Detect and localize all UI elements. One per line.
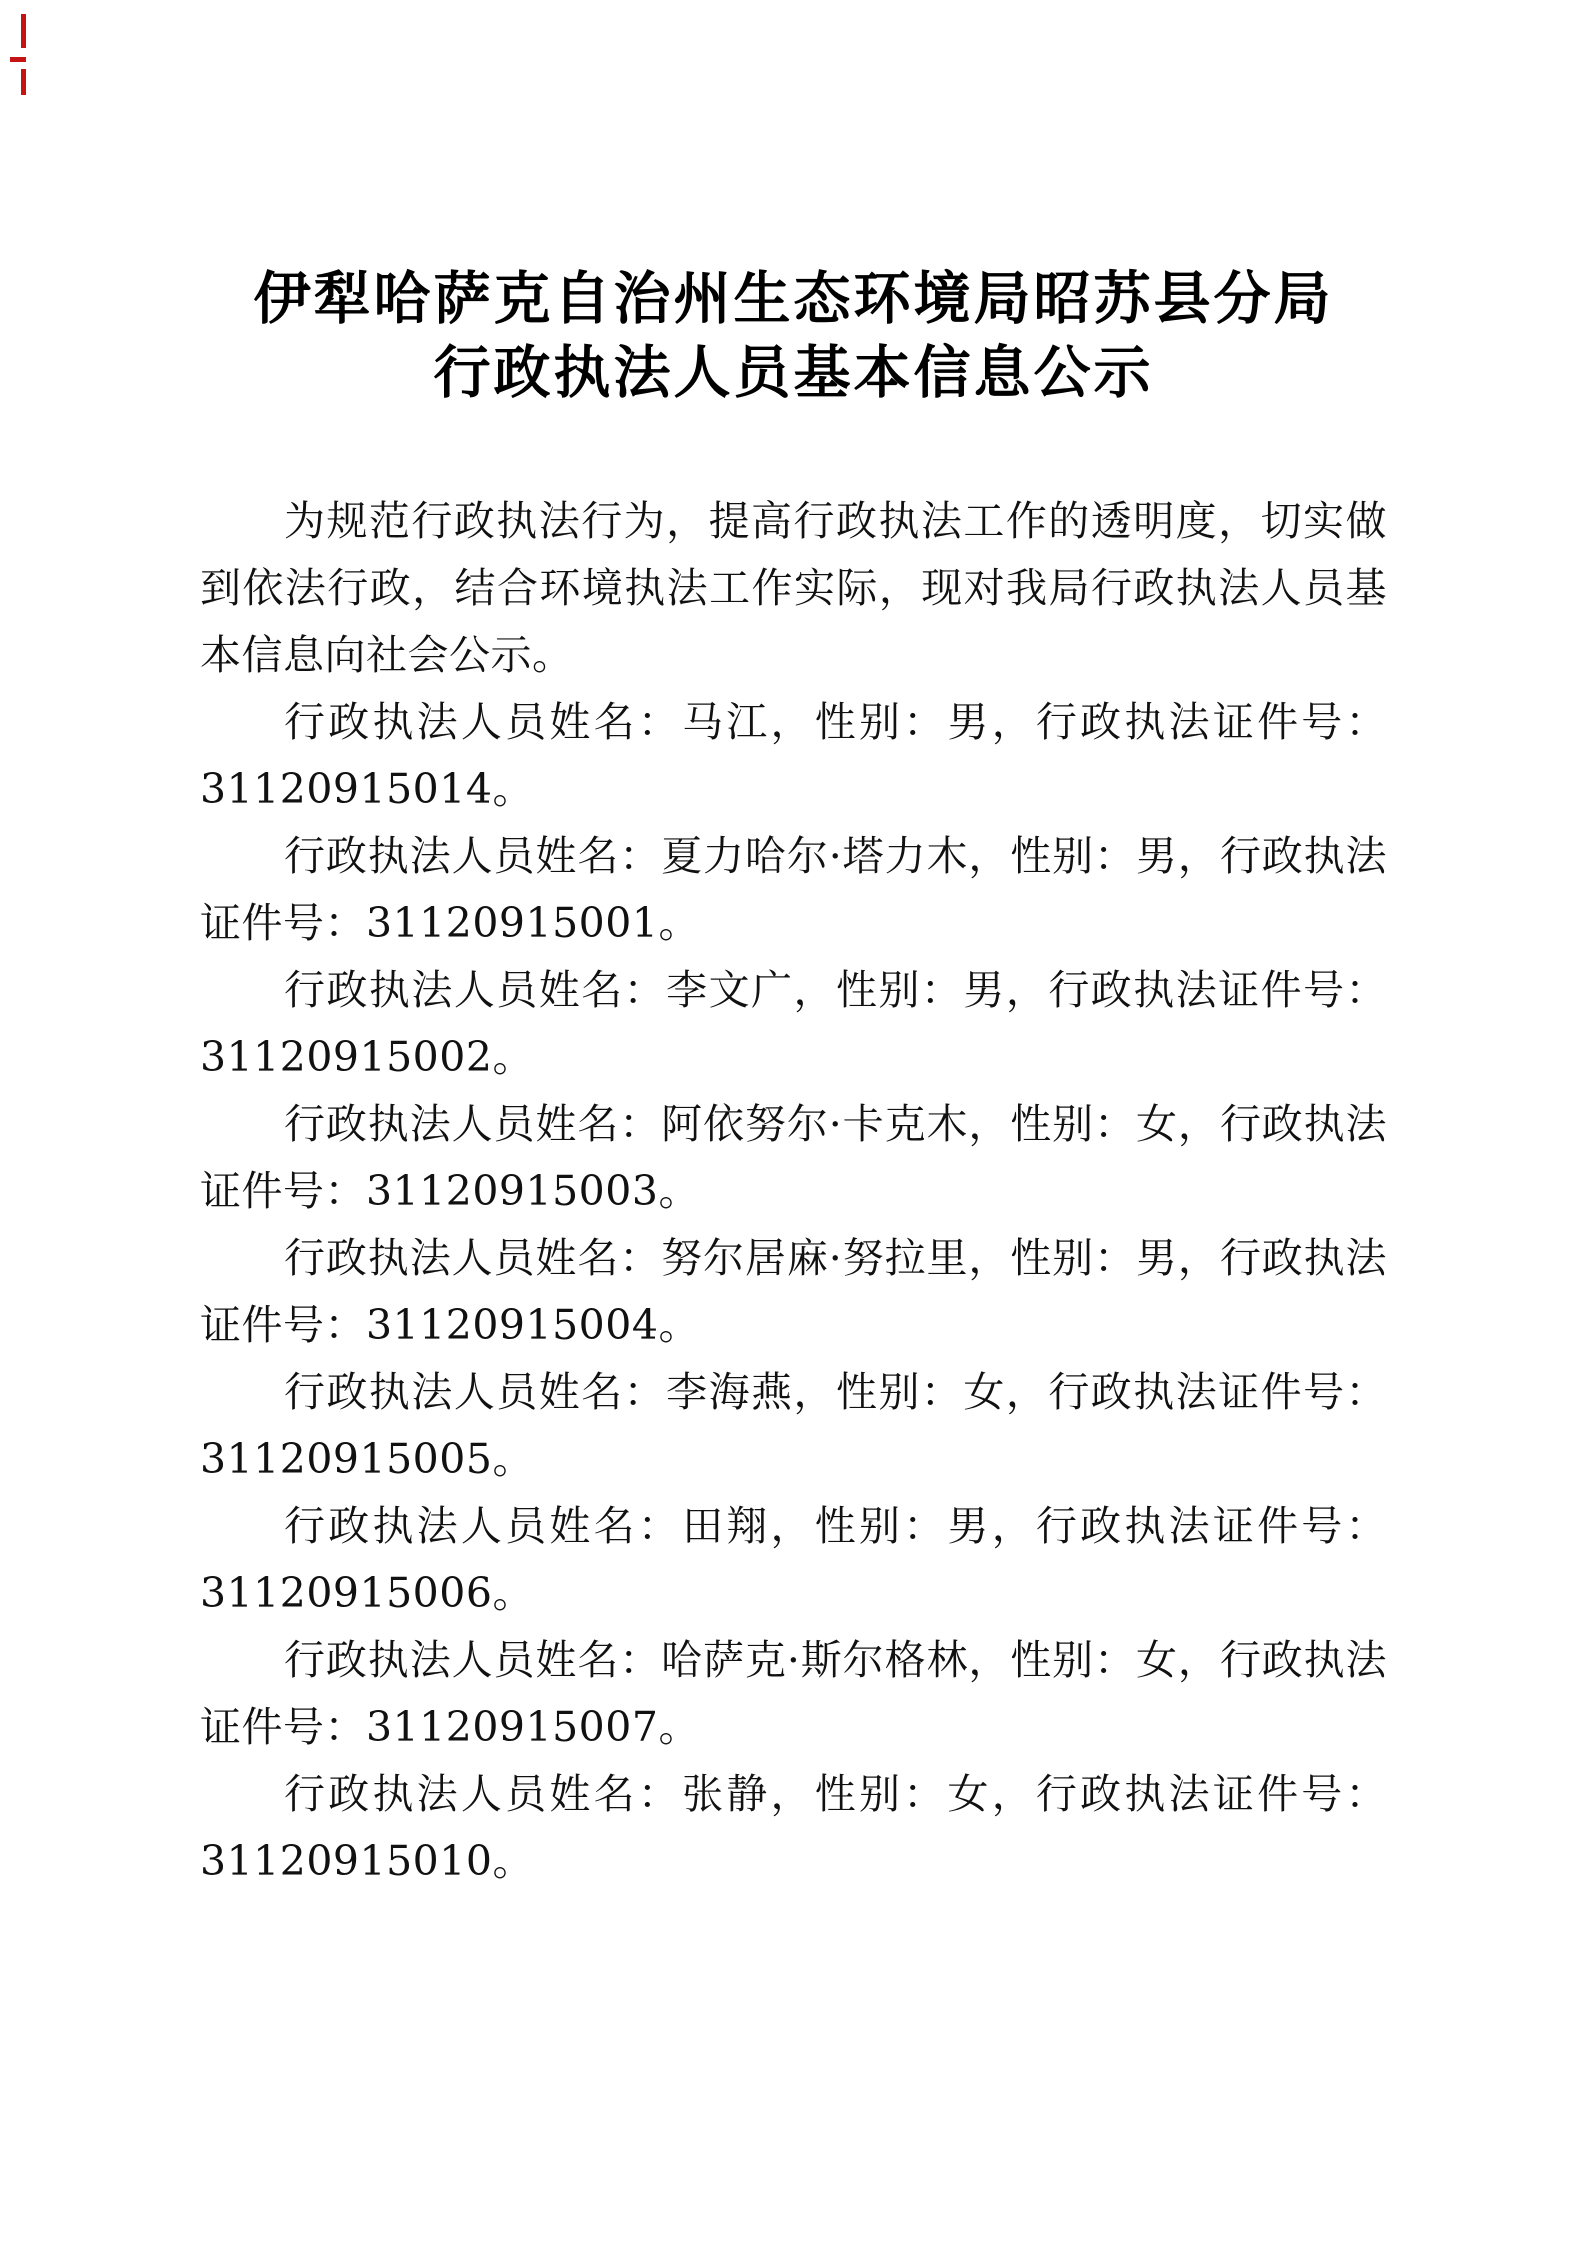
separator: ， (968, 1234, 1010, 1282)
officer-id: 31120915003 (366, 1167, 658, 1215)
officer-name-label: 行政执法人员姓名： (284, 1636, 661, 1684)
officer-gender-label: 性别： (815, 1770, 948, 1818)
officer-name-label: 行政执法人员姓名： (284, 966, 666, 1014)
intro-paragraph: 为规范行政执法行为，提高行政执法工作的透明度，切实做到依法行政，结合环境执法工作… (200, 488, 1387, 689)
notice-document: 伊犁哈萨克自治州生态环境局昭苏县分局 行政执法人员基本信息公示 为规范行政执法行… (0, 0, 1587, 1895)
officer-entry: 行政执法人员姓名：张静，性别：女，行政执法证件号：31120915010。 (200, 1761, 1387, 1895)
terminator: 。 (658, 1167, 700, 1215)
title-line-1: 伊犁哈萨克自治州生态环境局昭苏县分局 (200, 262, 1387, 336)
terminator: 。 (658, 1301, 700, 1349)
separator: ， (1178, 1100, 1220, 1148)
officer-gender-label: 性别： (1010, 1636, 1136, 1684)
officer-name: 努尔居麻·努拉里 (661, 1234, 968, 1282)
officer-name-label: 行政执法人员姓名： (284, 1234, 661, 1282)
officer-name: 张静 (682, 1770, 770, 1818)
terminator: 。 (492, 1837, 534, 1885)
officer-gender-label: 性别： (836, 966, 963, 1014)
officer-gender: 男 (1136, 1234, 1178, 1282)
separator: ， (968, 832, 1010, 880)
officer-entry: 行政执法人员姓名：努尔居麻·努拉里，性别：男，行政执法证件号：311209150… (200, 1225, 1387, 1359)
officer-list: 行政执法人员姓名：马江，性别：男，行政执法证件号：31120915014。行政执… (200, 689, 1387, 1895)
document-body: 为规范行政执法行为，提高行政执法工作的透明度，切实做到依法行政，结合环境执法工作… (200, 488, 1387, 1895)
officer-id-label: 行政执法证件号： (1048, 966, 1387, 1014)
officer-gender-label: 性别： (1010, 1234, 1136, 1282)
officer-id: 31120915004 (366, 1301, 658, 1349)
separator: ， (1178, 1234, 1220, 1282)
terminator: 。 (492, 765, 534, 813)
separator: ， (968, 1100, 1010, 1148)
officer-entry: 行政执法人员姓名：夏力哈尔·塔力木，性别：男，行政执法证件号：311209150… (200, 823, 1387, 957)
officer-gender: 男 (947, 1502, 991, 1550)
red-margin-marks-icon (6, 14, 34, 95)
separator: ， (992, 698, 1036, 746)
separator: ， (992, 1770, 1036, 1818)
separator: ， (794, 1368, 836, 1416)
officer-id: 31120915006 (200, 1569, 492, 1617)
officer-entry: 行政执法人员姓名：马江，性别：男，行政执法证件号：31120915014。 (200, 689, 1387, 823)
terminator: 。 (492, 1033, 534, 1081)
officer-entry: 行政执法人员姓名：哈萨克·斯尔格林，性别：女，行政执法证件号：311209150… (200, 1627, 1387, 1761)
separator: ， (1006, 966, 1048, 1014)
document-page: 伊犁哈萨克自治州生态环境局昭苏县分局 行政执法人员基本信息公示 为规范行政执法行… (0, 0, 1587, 2245)
officer-gender: 女 (1136, 1636, 1178, 1684)
officer-name-label: 行政执法人员姓名： (284, 1368, 666, 1416)
terminator: 。 (492, 1569, 534, 1617)
officer-name: 夏力哈尔·塔力木 (661, 832, 968, 880)
officer-gender: 男 (963, 966, 1005, 1014)
separator: ， (1178, 832, 1220, 880)
officer-entry: 行政执法人员姓名：阿依努尔·卡克木，性别：女，行政执法证件号：311209150… (200, 1091, 1387, 1225)
officer-name: 李文广 (666, 966, 793, 1014)
officer-name: 马江 (682, 698, 770, 746)
document-title: 伊犁哈萨克自治州生态环境局昭苏县分局 行政执法人员基本信息公示 (200, 262, 1387, 410)
officer-entry: 行政执法人员姓名：李文广，性别：男，行政执法证件号：31120915002。 (200, 957, 1387, 1091)
officer-id: 31120915010 (200, 1837, 492, 1885)
separator: ， (1178, 1636, 1220, 1684)
separator: ， (992, 1502, 1036, 1550)
officer-id-label: 行政执法证件号： (1036, 1770, 1387, 1818)
officer-id: 31120915007 (366, 1703, 658, 1751)
officer-name-label: 行政执法人员姓名： (284, 1770, 682, 1818)
separator: ， (771, 1770, 815, 1818)
officer-id-label: 行政执法证件号： (1048, 1368, 1387, 1416)
officer-gender-label: 性别： (815, 698, 948, 746)
officer-gender-label: 性别： (836, 1368, 963, 1416)
officer-gender-label: 性别： (1010, 1100, 1136, 1148)
terminator: 。 (492, 1435, 534, 1483)
officer-id: 31120915001 (366, 899, 658, 947)
separator: ， (771, 1502, 815, 1550)
officer-gender-label: 性别： (1010, 832, 1136, 880)
officer-gender: 女 (947, 1770, 991, 1818)
officer-gender: 女 (963, 1368, 1005, 1416)
officer-id-label: 行政执法证件号： (1036, 1502, 1387, 1550)
officer-name: 哈萨克·斯尔格林 (661, 1636, 968, 1684)
officer-gender: 男 (947, 698, 991, 746)
officer-name: 田翔 (682, 1502, 770, 1550)
separator: ， (968, 1636, 1010, 1684)
officer-name-label: 行政执法人员姓名： (284, 1502, 682, 1550)
officer-entry: 行政执法人员姓名：李海燕，性别：女，行政执法证件号：31120915005。 (200, 1359, 1387, 1493)
officer-name-label: 行政执法人员姓名： (284, 1100, 661, 1148)
officer-entry: 行政执法人员姓名：田翔，性别：男，行政执法证件号：31120915006。 (200, 1493, 1387, 1627)
separator: ， (771, 698, 815, 746)
officer-gender: 男 (1136, 832, 1178, 880)
officer-gender-label: 性别： (815, 1502, 948, 1550)
officer-name: 李海燕 (666, 1368, 793, 1416)
title-line-2: 行政执法人员基本信息公示 (200, 336, 1387, 410)
officer-id: 31120915014 (200, 765, 492, 813)
terminator: 。 (658, 1703, 700, 1751)
officer-name-label: 行政执法人员姓名： (284, 832, 661, 880)
officer-id: 31120915002 (200, 1033, 492, 1081)
officer-name-label: 行政执法人员姓名： (284, 698, 682, 746)
separator: ， (794, 966, 836, 1014)
officer-gender: 女 (1136, 1100, 1178, 1148)
officer-id: 31120915005 (200, 1435, 492, 1483)
officer-id-label: 行政执法证件号： (1036, 698, 1387, 746)
officer-name: 阿依努尔·卡克木 (661, 1100, 968, 1148)
separator: ， (1006, 1368, 1048, 1416)
terminator: 。 (658, 899, 700, 947)
